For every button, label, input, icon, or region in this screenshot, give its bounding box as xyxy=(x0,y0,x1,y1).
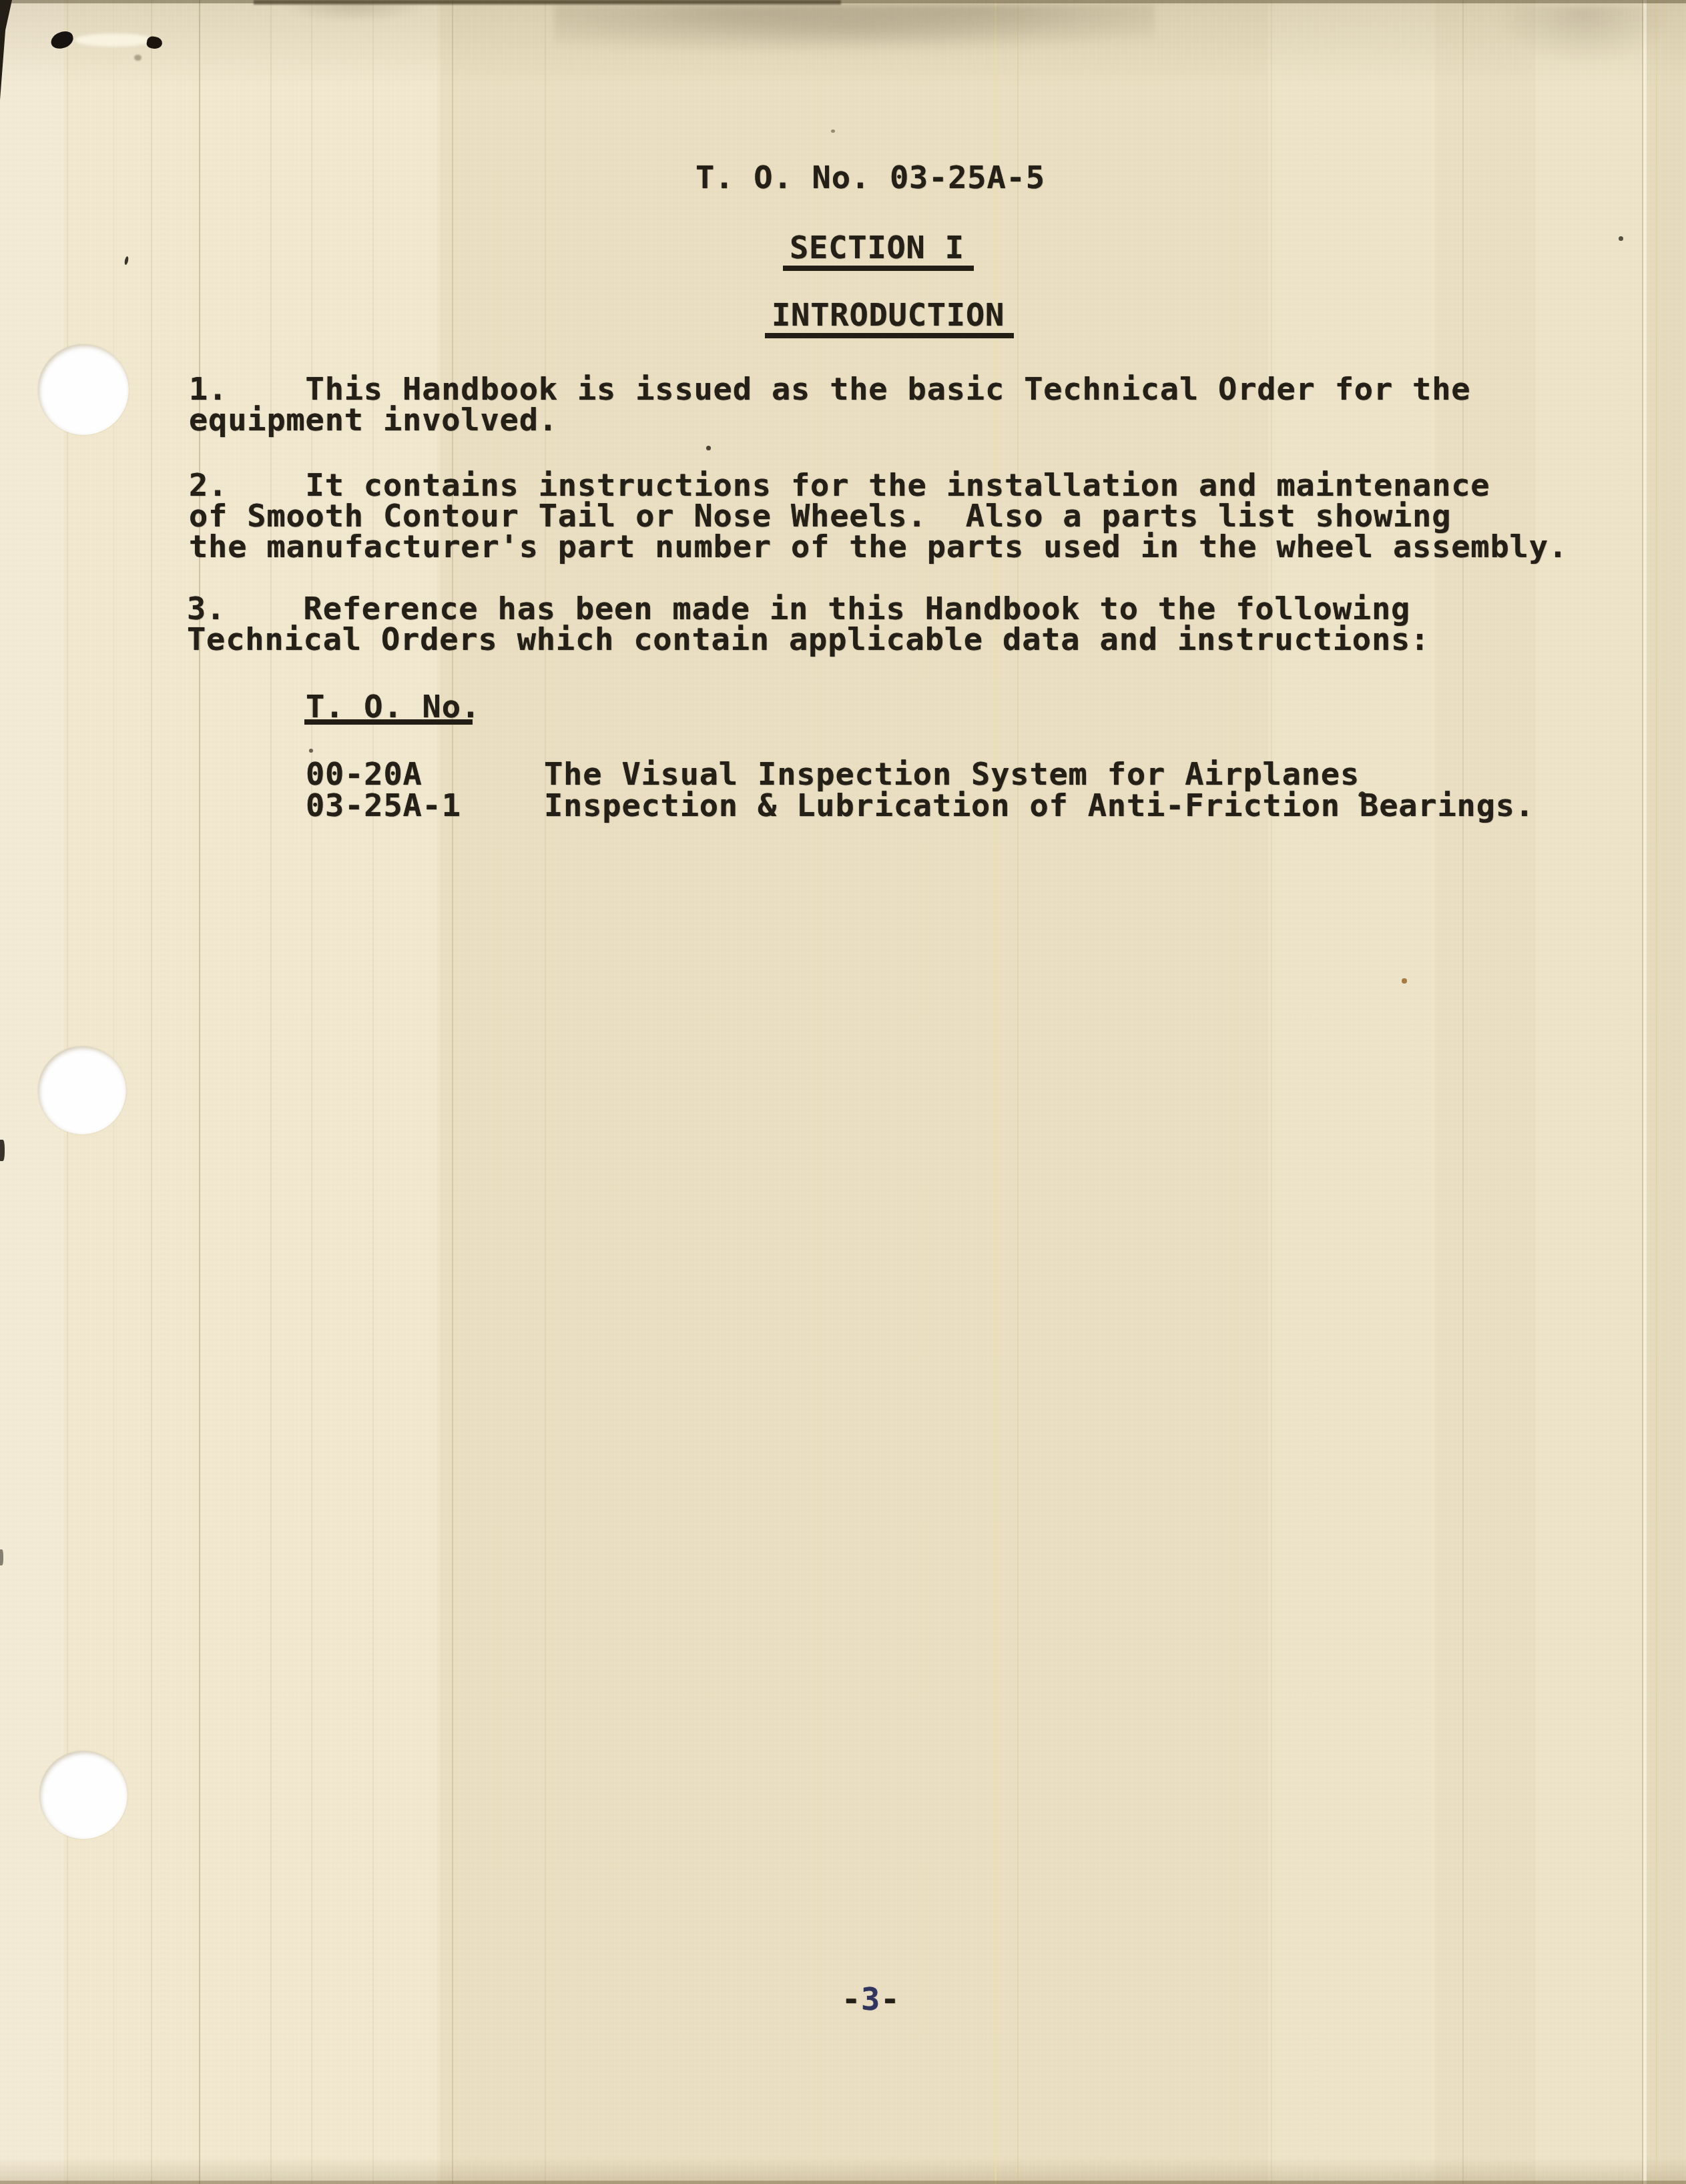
punch-hole xyxy=(39,1751,127,1839)
document-page: T. O. No. 03-25A-5 SECTION I INTRODUCTIO… xyxy=(0,0,1686,2184)
intro-heading: INTRODUCTION xyxy=(772,300,1014,338)
scan-edge-top-dark xyxy=(254,0,841,5)
page-number: -3- xyxy=(842,1984,900,2015)
ink-speck xyxy=(309,749,313,753)
paragraph-3: 3. Reference has been made in this Handb… xyxy=(187,594,1430,655)
scan-edge-left-mark xyxy=(0,1140,5,1161)
section-heading-text: SECTION I xyxy=(783,233,974,271)
to-number-cell: 03-25A-1 xyxy=(306,791,461,821)
description-cell: Inspection & Lubrication of Anti-Frictio… xyxy=(544,791,1534,821)
paper-band xyxy=(1435,0,1535,2184)
ink-speck xyxy=(124,256,129,266)
fold-line xyxy=(1462,0,1464,2184)
section-heading: SECTION I xyxy=(790,233,974,271)
scanner-smudge xyxy=(1488,5,1682,69)
rust-speck xyxy=(1402,978,1407,984)
punch-hole xyxy=(38,344,129,435)
ink-speck xyxy=(1619,236,1623,241)
intro-heading-text: INTRODUCTION xyxy=(765,300,1014,338)
paragraph-2: 2. It contains instructions for the inst… xyxy=(189,470,1568,563)
ink-speck xyxy=(706,446,711,450)
fold-line xyxy=(151,0,152,2184)
fold-line xyxy=(311,0,312,2184)
page-number-dash-left: - xyxy=(842,1981,861,2018)
scan-edge-bottom xyxy=(0,2181,1686,2184)
scan-corner-wedge xyxy=(0,0,12,100)
paper-shading-top xyxy=(0,0,1686,87)
reference-list-heading: T. O. No. xyxy=(306,692,482,725)
paper-shading-bottom xyxy=(0,2157,1686,2184)
fold-crease xyxy=(1642,0,1643,2184)
fold-crease-highlight xyxy=(1643,0,1647,2184)
ink-speck xyxy=(134,55,142,61)
fold-line xyxy=(1656,0,1657,2184)
fold-line xyxy=(270,0,272,2184)
fold-line xyxy=(545,0,546,2184)
paragraph-1: 1. This Handbook is issued as the basic … xyxy=(189,374,1470,436)
ink-blot xyxy=(146,35,164,50)
document-number: T. O. No. 03-25A-5 xyxy=(695,163,1045,194)
ink-speck xyxy=(831,129,835,133)
scanner-smudge xyxy=(280,1,427,23)
fold-line xyxy=(452,0,453,2184)
fold-line xyxy=(372,0,374,2184)
punch-hole xyxy=(38,1046,126,1134)
scan-edge-top xyxy=(0,0,1686,3)
scanner-smudge xyxy=(554,4,1155,61)
description-cell: The Visual Inspection System for Airplan… xyxy=(544,759,1360,790)
to-number-cell: 00-20A xyxy=(306,759,423,790)
reference-list-heading-text: T. O. No. xyxy=(304,692,482,725)
pale-streak xyxy=(75,33,154,47)
fold-line xyxy=(1271,0,1272,2184)
page-number-dash-right: - xyxy=(880,1981,900,2018)
paper-band xyxy=(1647,0,1686,2184)
reference-row: 00-20A The Visual Inspection System for … xyxy=(0,759,1686,790)
page-number-value: 3 xyxy=(861,1981,880,2018)
fold-line xyxy=(1017,0,1019,2184)
reference-row: 03-25A-1 Inspection & Lubrication of Ant… xyxy=(0,791,1686,821)
ink-blot xyxy=(49,29,75,51)
scan-edge-left-mark xyxy=(0,1549,3,1565)
fold-line xyxy=(199,0,200,2184)
